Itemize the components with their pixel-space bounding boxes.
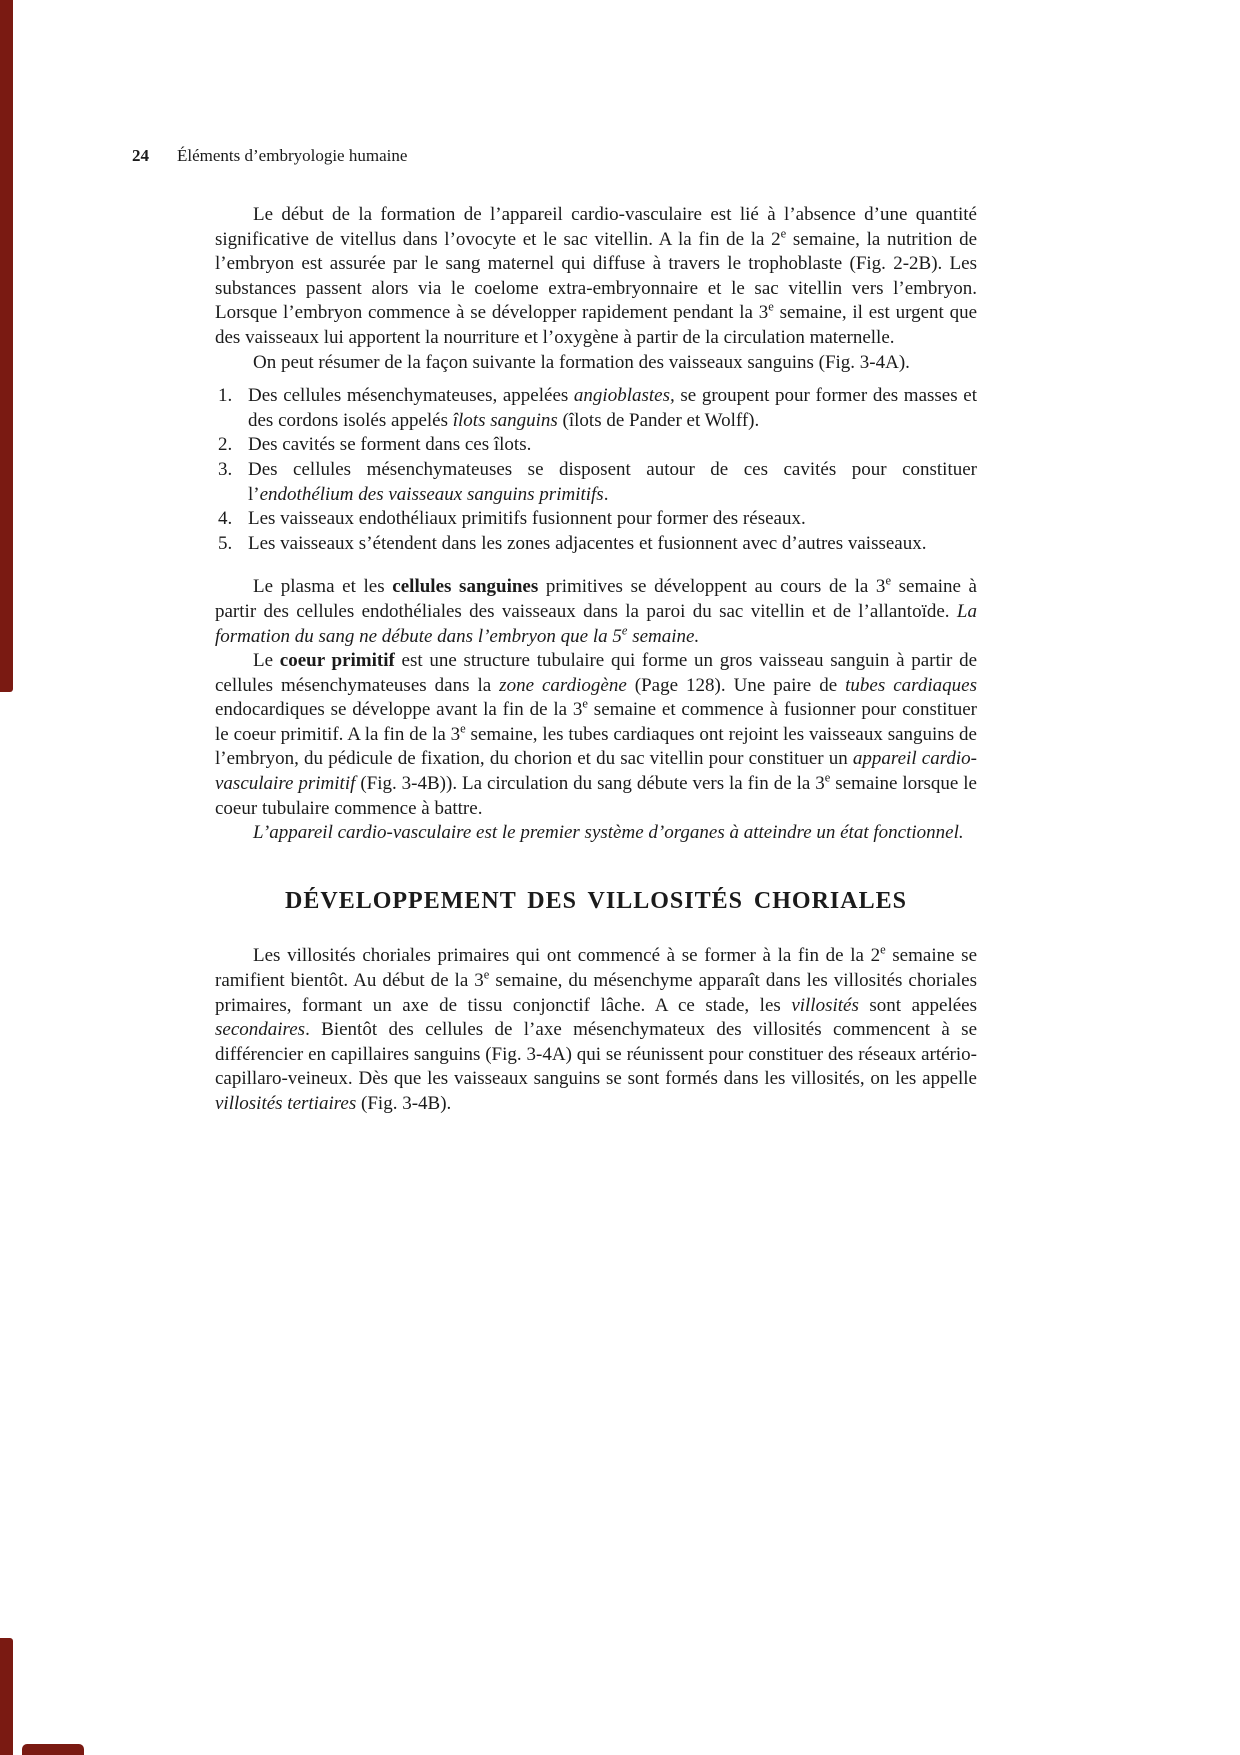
list-item-text: Des cellules mésenchymateuses, appelées … (248, 385, 977, 431)
paragraph-cardiovascular-intro: Le début de la formation de l’appareil c… (215, 203, 977, 351)
list-item: 1. Des cellules mésenchymateuses, appelé… (215, 384, 977, 433)
running-title: Éléments d’embryologie humaine (177, 146, 407, 166)
list-item-number: 1. (218, 384, 232, 409)
list-item-text: Les vaisseaux s’étendent dans les zones … (248, 533, 926, 554)
text-column: Le début de la formation de l’appareil c… (215, 203, 977, 1117)
list-item-text: Des cavités se forment dans ces îlots. (248, 434, 531, 455)
list-item: 2. Des cavités se forment dans ces îlots… (215, 433, 977, 458)
paragraph-plasma: Le plasma et les cellules sanguines prim… (215, 575, 977, 649)
running-head: 24 Éléments d’embryologie humaine (132, 146, 407, 166)
list-item-number: 4. (218, 507, 232, 532)
list-item: 3. Des cellules mésenchymateuses se disp… (215, 458, 977, 507)
paragraph-villosites-choriales: Les villosités choriales primaires qui o… (215, 944, 977, 1116)
list-item: 4. Les vaisseaux endothéliaux primitifs … (215, 507, 977, 532)
scan-edge-artifact-top-left (0, 0, 13, 692)
list-item-number: 2. (218, 433, 232, 458)
scan-edge-artifact-bottom-left (0, 1638, 13, 1755)
numbered-list: 1. Des cellules mésenchymateuses, appelé… (215, 384, 977, 556)
paragraph-resume: On peut résumer de la façon suivante la … (215, 351, 977, 376)
section-heading: DÉVELOPPEMENT DES VILLOSITÉS CHORIALES (215, 889, 977, 914)
list-item-text: Des cellules mésenchymateuses se dispose… (248, 459, 977, 505)
book-page: 24 Éléments d’embryologie humaine Le déb… (0, 0, 1240, 1755)
list-item-number: 5. (218, 532, 232, 557)
list-item-number: 3. (218, 458, 232, 483)
page-number: 24 (132, 146, 149, 166)
list-item: 5. Les vaisseaux s’étendent dans les zon… (215, 532, 977, 557)
paragraph-coeur-primitif: Le coeur primitif est une structure tubu… (215, 649, 977, 821)
paragraph-italic-note: L’appareil cardio-vasculaire est le prem… (215, 821, 977, 846)
scan-edge-artifact-bottom-smudge (22, 1744, 84, 1755)
list-item-text: Les vaisseaux endothéliaux primitifs fus… (248, 508, 806, 529)
